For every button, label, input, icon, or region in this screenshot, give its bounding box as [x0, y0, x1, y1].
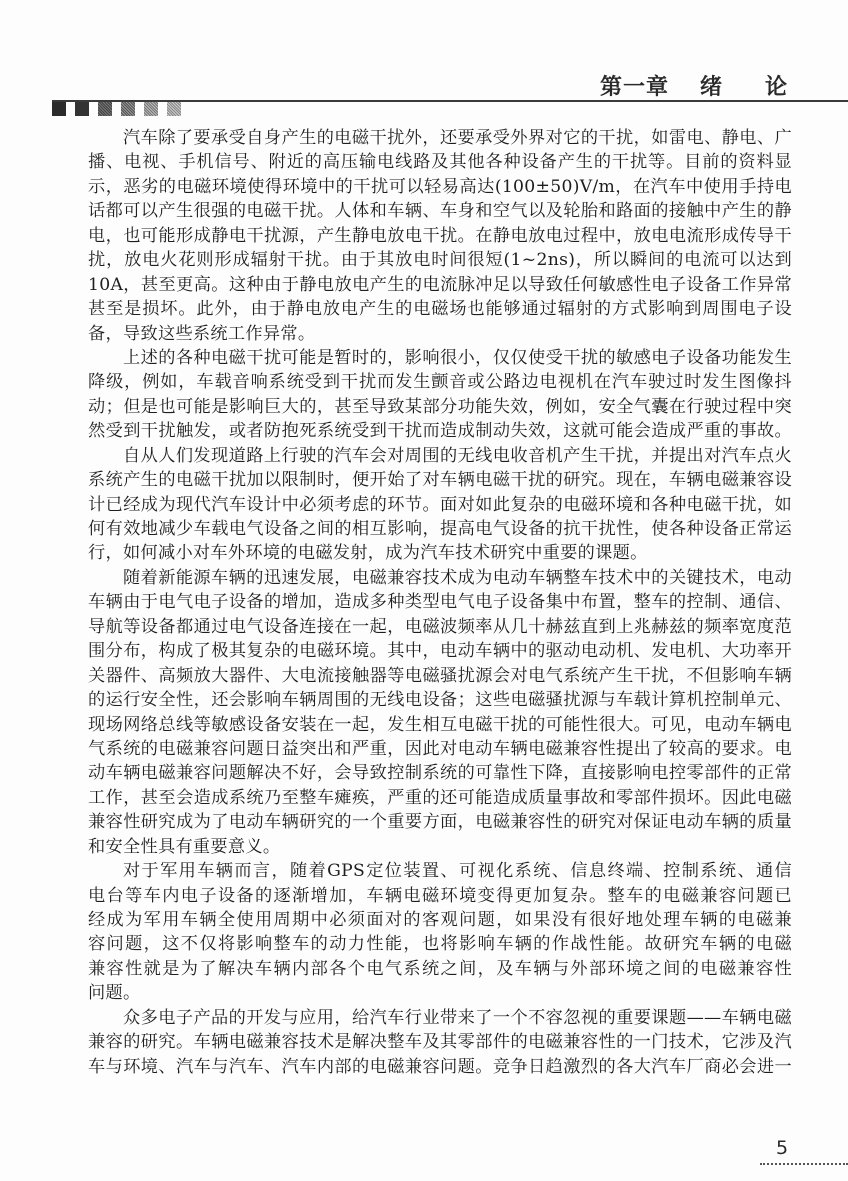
text-line: 车与环境、汽车与汽车、汽车内部的电磁兼容问题。竞争日趋激烈的各大汽车厂商必会进一 [88, 1055, 792, 1079]
text-line: 电台等车内电子设备的逐渐增加，车辆电磁环境变得更加复杂。整车的电磁兼容问题已 [88, 884, 792, 908]
paragraph: 对于军用车辆而言，随着GPS定位装置、可视化系统、信息终端、控制系统、通信 电台… [88, 859, 792, 1006]
text-line: 话都可以产生很强的电磁干扰。人体和车辆、车身和空气以及轮胎和路面的接触中产生的静 [88, 199, 792, 223]
text-line: 10A，甚至更高。这种由于静电放电产生的电流脉冲足以导致任何敏感性电子设备工作异… [88, 273, 792, 297]
decorative-square-icon [98, 102, 112, 116]
text-line: 动；但是也可能是影响巨大的，甚至导致某部分功能失效，例如，安全气囊在行驶过程中突 [88, 395, 792, 419]
page-number-underline [760, 1163, 848, 1165]
paragraph: 上述的各种电磁干扰可能是暂时的，影响很小，仅仅使受干扰的敏感电子设备功能发生 降… [88, 346, 792, 444]
text-line: 示，恶劣的电磁环境使得环境中的干扰可以轻易高达(100±50)V/m，在汽车中使… [88, 175, 792, 199]
text-line: 计已经成为现代汽车设计中必须考虑的环节。面对如此复杂的电磁环境和各种电磁干扰，如 [88, 493, 792, 517]
paragraph: 众多电子产品的开发与应用，给汽车行业带来了一个不容忽视的重要课题——车辆电磁 兼… [88, 1006, 792, 1079]
paragraph: 自从人们发现道路上行驶的汽车会对周围的无线电收音机产生干扰，并提出对汽车点火 系… [88, 444, 792, 566]
text-line: 甚至是损坏。此外，由于静电放电产生的电磁场也能够通过辐射的方式影响到周围电子设 [88, 297, 792, 321]
page-number: 5 [776, 1137, 788, 1159]
text-line: 电，也可能形成静电干扰源，产生静电放电干扰。在静电放电过程中，放电电流形成传导干 [88, 224, 792, 248]
paragraph: 汽车除了要承受自身产生的电磁干扰外，还要承受外界对它的干扰，如雷电、静电、广 播… [88, 126, 792, 346]
text-line: 汽车除了要承受自身产生的电磁干扰外，还要承受外界对它的干扰，如雷电、静电、广 [88, 126, 792, 150]
text-line: 然受到干扰触发，或者防抱死系统受到干扰而造成制动失效，这就可能会造成严重的事故。 [88, 419, 792, 443]
decorative-square-icon [75, 102, 89, 116]
decorative-square-icon [121, 102, 135, 116]
decorative-squares [52, 102, 181, 116]
text-line: 备，导致这些系统工作异常。 [88, 322, 792, 346]
decorative-square-icon [52, 102, 66, 116]
text-line: 经成为军用车辆全使用周期中必须面对的客观问题，如果没有很好地处理车辆的电磁兼 [88, 908, 792, 932]
chapter-label: 第一章 [600, 70, 669, 101]
text-line: 关器件、高频放大器件、大电流接触器等电磁骚扰源会对电气系统产生干扰，不但影响车辆 [88, 664, 792, 688]
chapter-title-part1: 绪 [700, 70, 723, 101]
text-line: 工作，甚至会造成系统乃至整车瘫痪，严重的还可能造成质量事故和零部件损坏。因此电磁 [88, 786, 792, 810]
text-line: 容问题，这不仅将影响整车的动力性能，也将影响车辆的作战性能。故研究车辆的电磁 [88, 932, 792, 956]
text-line: 播、电视、手机信号、附近的高压输电线路及其他各种设备产生的干扰等。目前的资料显 [88, 150, 792, 174]
text-line: 动车辆电磁兼容问题解决不好，会导致控制系统的可靠性下降，直接影响电控零部件的正常 [88, 761, 792, 785]
paragraph: 随着新能源车辆的迅速发展，电磁兼容技术成为电动车辆整车技术中的关键技术，电动 车… [88, 566, 792, 859]
decorative-square-icon [167, 102, 181, 116]
book-page: 第一章 绪 论 汽车除了要承受自身产生的电磁干扰外，还要承受外界对它的干扰，如雷… [0, 0, 848, 1181]
text-line: 众多电子产品的开发与应用，给汽车行业带来了一个不容忽视的重要课题——车辆电磁 [88, 1006, 792, 1030]
text-line: 现场网络总线等敏感设备安装在一起，发生相互电磁干扰的可能性很大。可见，电动车辆电 [88, 713, 792, 737]
decorative-square-icon [144, 102, 158, 116]
text-line: 导航等设备都通过电气设备连接在一起，电磁波频率从几十赫兹直到上兆赫兹的频率宽度范 [88, 615, 792, 639]
text-line: 行，如何减小对车外环境的电磁发射，成为汽车技术研究中重要的课题。 [88, 541, 792, 565]
text-line: 气系统的电磁兼容问题日益突出和严重，因此对电动车辆电磁兼容性提出了较高的要求。电 [88, 737, 792, 761]
text-line: 何有效地减少车载电气设备之间的相互影响，提高电气设备的抗干扰性，使各种设备正常运 [88, 517, 792, 541]
text-line: 问题。 [88, 981, 792, 1005]
text-line: 对于军用车辆而言，随着GPS定位装置、可视化系统、信息终端、控制系统、通信 [88, 859, 792, 883]
text-line: 随着新能源车辆的迅速发展，电磁兼容技术成为电动车辆整车技术中的关键技术，电动 [88, 566, 792, 590]
body-text: 汽车除了要承受自身产生的电磁干扰外，还要承受外界对它的干扰，如雷电、静电、广 播… [88, 126, 792, 1079]
text-line: 降级，例如，车载音响系统受到干扰而发生颤音或公路边电视机在汽车驶过时发生图像抖 [88, 370, 792, 394]
text-line: 车辆由于电气电子设备的增加，造成多种类型电气电子设备集中布置，整车的控制、通信、 [88, 590, 792, 614]
text-line: 扰，放电火花则形成辐射干扰。由于其放电时间很短(1~2ns)，所以瞬间的电流可以… [88, 248, 792, 272]
chapter-title-part2: 论 [765, 70, 788, 101]
chapter-header: 第一章 绪 论 [600, 70, 830, 100]
text-line: 兼容性就是为了解决车辆内部各个电气系统之间，及车辆与外部环境之间的电磁兼容性 [88, 957, 792, 981]
text-line: 围分布，构成了极其复杂的电磁环境。其中，电动车辆中的驱动电动机、发电机、大功率开 [88, 639, 792, 663]
text-line: 上述的各种电磁干扰可能是暂时的，影响很小，仅仅使受干扰的敏感电子设备功能发生 [88, 346, 792, 370]
text-line: 兼容的研究。车辆电磁兼容技术是解决整车及其零部件的电磁兼容性的一门技术，它涉及汽 [88, 1030, 792, 1054]
text-line: 和安全性具有重要意义。 [88, 835, 792, 859]
text-line: 兼容性研究成为了电动车辆研究的一个重要方面，电磁兼容性的研究对保证电动车辆的质量 [88, 810, 792, 834]
text-line: 自从人们发现道路上行驶的汽车会对周围的无线电收音机产生干扰，并提出对汽车点火 [88, 444, 792, 468]
text-line: 的运行安全性，还会影响车辆周围的无线电设备；这些电磁骚扰源与车载计算机控制单元、 [88, 688, 792, 712]
text-line: 系统产生的电磁干扰加以限制时，便开始了对车辆电磁干扰的研究。现在，车辆电磁兼容设 [88, 468, 792, 492]
